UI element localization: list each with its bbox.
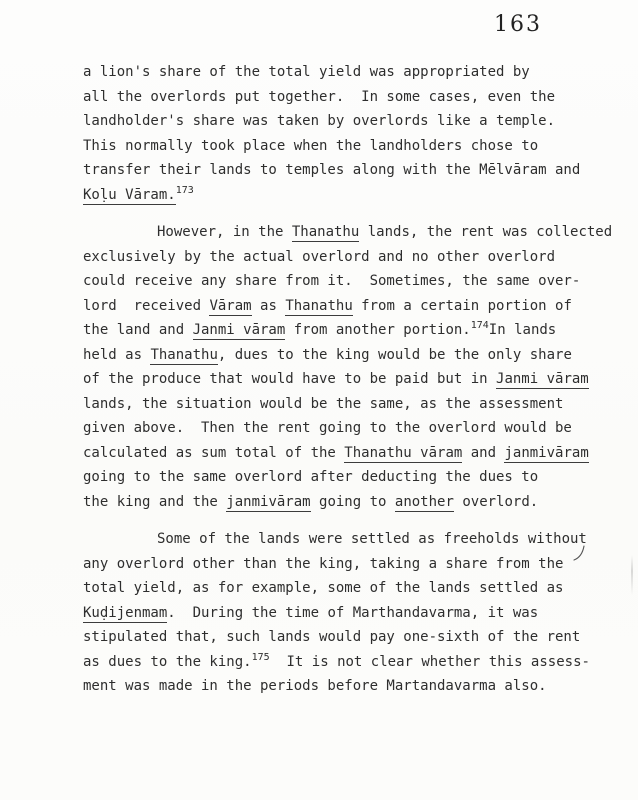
text-run: overlord. xyxy=(454,494,538,510)
text-line: lord received Vāram as Thanathu from a c… xyxy=(83,294,598,319)
text-run: as xyxy=(252,298,286,314)
text-line: as dues to the king.175 It is not clear … xyxy=(83,650,598,675)
text-run: ment was made in the periods before Mart… xyxy=(83,678,547,694)
text-line: This normally took place when the landho… xyxy=(83,134,598,159)
text-run: held as xyxy=(83,347,150,363)
text-run: a lion's share of the total yield was ap… xyxy=(83,64,530,80)
text-line: the king and the janmivāram going to ano… xyxy=(83,490,598,515)
underlined-term: Janmi vāram xyxy=(496,371,589,389)
text-run: , dues to the king would be the only sha… xyxy=(218,347,572,363)
text-line: stipulated that, such lands would pay on… xyxy=(83,625,598,650)
text-run: exclusively by the actual overlord and n… xyxy=(83,249,555,265)
underlined-term: Kuḍijenmam xyxy=(83,605,167,623)
text-run: the land and xyxy=(83,322,193,338)
text-run: lands, the rent was collected xyxy=(359,224,612,240)
text-line: Koḷu Vāram.173 xyxy=(83,183,598,208)
text-run: However, in the xyxy=(157,224,292,240)
text-run: lord received xyxy=(83,298,209,314)
text-line: held as Thanathu, dues to the king would… xyxy=(83,343,598,368)
text-line: all the overlords put together. In some … xyxy=(83,85,598,110)
footnote-ref: 175 xyxy=(252,652,270,663)
document-body: a lion's share of the total yield was ap… xyxy=(83,60,598,712)
text-run: total yield, as for example, some of the… xyxy=(83,580,563,596)
text-run: from a certain portion of xyxy=(353,298,572,314)
underlined-term: Thanathu xyxy=(285,298,352,316)
text-run: any overlord other than the king, taking… xyxy=(83,556,563,572)
text-run: going to the same overlord after deducti… xyxy=(83,469,538,485)
underlined-term: another xyxy=(395,494,454,512)
text-run: This normally took place when the landho… xyxy=(83,138,538,154)
paragraph: a lion's share of the total yield was ap… xyxy=(83,60,598,207)
text-run: given above. Then the rent going to the … xyxy=(83,420,572,436)
text-run: from another portion. xyxy=(285,322,470,338)
text-line: of the produce that would have to be pai… xyxy=(83,367,598,392)
underlined-term: Thanathu xyxy=(292,224,359,242)
text-run: landholder's share was taken by overlord… xyxy=(83,113,555,129)
underlined-term: Janmi vāram xyxy=(193,322,286,340)
scan-edge-streak xyxy=(631,555,633,595)
footnote-ref: 173 xyxy=(176,185,194,196)
text-line: could receive any share from it. Sometim… xyxy=(83,269,598,294)
text-run: lands, the situation would be the same, … xyxy=(83,396,563,412)
text-line: any overlord other than the king, taking… xyxy=(83,552,598,577)
text-run: stipulated that, such lands would pay on… xyxy=(83,629,580,645)
text-line: landholder's share was taken by overlord… xyxy=(83,109,598,134)
text-run: Some of the lands were settled as freeho… xyxy=(157,531,587,547)
text-line: However, in the Thanathu lands, the rent… xyxy=(83,220,598,245)
text-line: going to the same overlord after deducti… xyxy=(83,465,598,490)
text-line: Some of the lands were settled as freeho… xyxy=(83,527,598,552)
text-run: going to xyxy=(311,494,395,510)
text-run: In lands xyxy=(489,322,556,338)
text-run: could receive any share from it. Sometim… xyxy=(83,273,580,289)
text-line: the land and Janmi vāram from another po… xyxy=(83,318,598,343)
text-run: transfer their lands to temples along wi… xyxy=(83,162,580,178)
footnote-ref: 174 xyxy=(471,320,489,331)
text-line: Kuḍijenmam. During the time of Marthanda… xyxy=(83,601,598,626)
text-run: calculated as sum total of the xyxy=(83,445,344,461)
text-line: transfer their lands to temples along wi… xyxy=(83,158,598,183)
page-number: 163 xyxy=(494,12,542,37)
underlined-term: Thanathu vāram xyxy=(344,445,462,463)
pen-mark xyxy=(572,543,592,563)
text-line: total yield, as for example, some of the… xyxy=(83,576,598,601)
text-line: lands, the situation would be the same, … xyxy=(83,392,598,417)
text-run: all the overlords put together. In some … xyxy=(83,89,555,105)
text-run: . During the time of Marthandavarma, it … xyxy=(167,605,538,621)
text-line: a lion's share of the total yield was ap… xyxy=(83,60,598,85)
underlined-term: janmivāram xyxy=(226,494,310,512)
text-run: It is not clear whether this assess- xyxy=(270,654,590,670)
text-run: the king and the xyxy=(83,494,226,510)
underlined-term: Koḷu Vāram. xyxy=(83,187,176,205)
paragraph: Some of the lands were settled as freeho… xyxy=(83,527,598,699)
text-run: of the produce that would have to be pai… xyxy=(83,371,496,387)
underlined-term: janmivāram xyxy=(504,445,588,463)
text-line: calculated as sum total of the Thanathu … xyxy=(83,441,598,466)
text-line: exclusively by the actual overlord and n… xyxy=(83,245,598,270)
paragraph: However, in the Thanathu lands, the rent… xyxy=(83,220,598,514)
text-run: and xyxy=(462,445,504,461)
text-run: as dues to the king. xyxy=(83,654,252,670)
text-line: ment was made in the periods before Mart… xyxy=(83,674,598,699)
text-line: given above. Then the rent going to the … xyxy=(83,416,598,441)
underlined-term: Vāram xyxy=(209,298,251,316)
underlined-term: Thanathu xyxy=(150,347,217,365)
scanned-page: 163 a lion's share of the total yield wa… xyxy=(0,0,638,800)
